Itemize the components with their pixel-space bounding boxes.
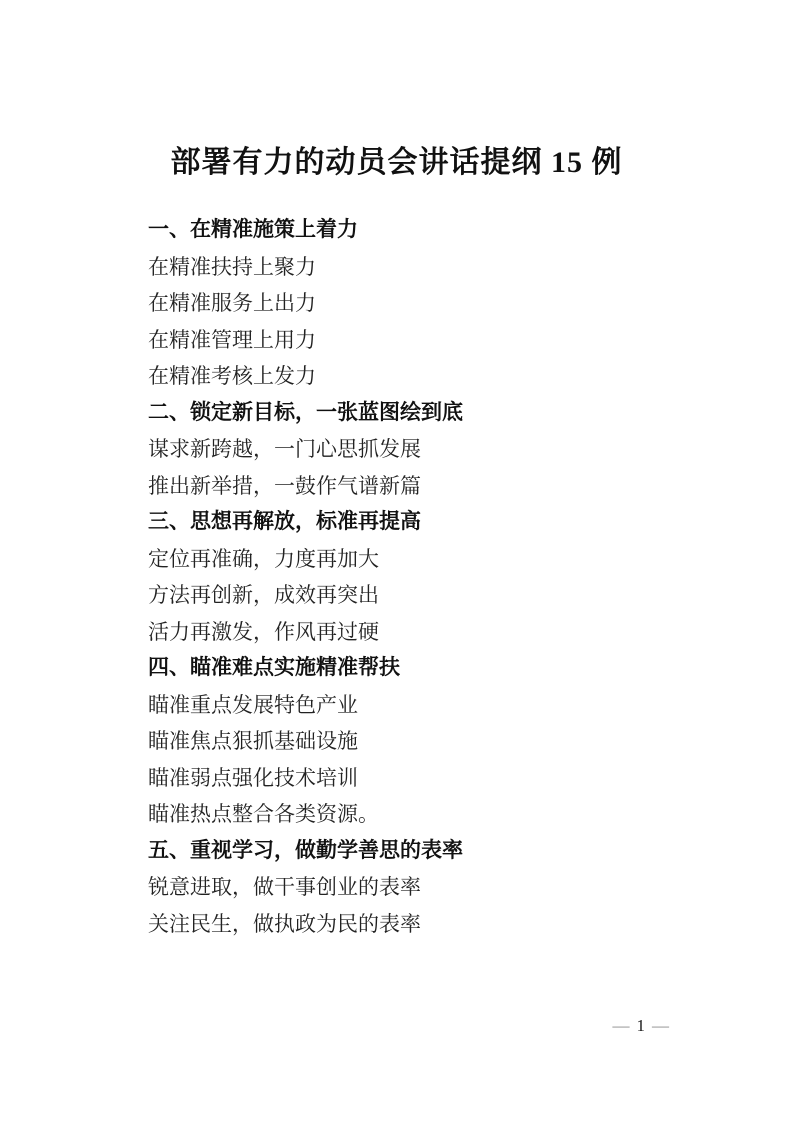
body-line: 定位再准确，力度再加大 <box>148 541 673 578</box>
body-line: 瞄准弱点强化技术培训 <box>148 760 673 797</box>
body-line: 在精准服务上出力 <box>148 285 673 322</box>
section-heading-1: 一、在精准施策上着力 <box>148 212 673 249</box>
document-content: 一、在精准施策上着力 在精准扶持上聚力 在精准服务上出力 在精准管理上用力 在精… <box>0 212 793 942</box>
section-heading-2: 二、锁定新目标，一张蓝图绘到底 <box>148 395 673 432</box>
body-line: 谋求新跨越，一门心思抓发展 <box>148 431 673 468</box>
document-page: 部署有力的动员会讲话提纲 15 例 一、在精准施策上着力 在精准扶持上聚力 在精… <box>0 0 793 1122</box>
footer-dash-right: — <box>646 1016 676 1035</box>
body-line: 在精准管理上用力 <box>148 322 673 359</box>
body-line: 瞄准重点发展特色产业 <box>148 687 673 724</box>
body-line: 方法再创新，成效再突出 <box>148 577 673 614</box>
body-line: 推出新举措，一鼓作气谱新篇 <box>148 468 673 505</box>
body-line: 锐意进取，做干事创业的表率 <box>148 869 673 906</box>
body-line: 在精准扶持上聚力 <box>148 249 673 286</box>
footer-dash-left: — <box>607 1016 637 1035</box>
body-line: 在精准考核上发力 <box>148 358 673 395</box>
section-heading-5: 五、重视学习，做勤学善思的表率 <box>148 833 673 870</box>
page-footer: —1— <box>607 1014 677 1038</box>
section-heading-3: 三、思想再解放，标准再提高 <box>148 504 673 541</box>
body-line: 关注民生，做执政为民的表率 <box>148 906 673 943</box>
document-title: 部署有力的动员会讲话提纲 15 例 <box>0 0 793 183</box>
body-line: 瞄准热点整合各类资源。 <box>148 796 673 833</box>
section-heading-4: 四、瞄准难点实施精准帮扶 <box>148 650 673 687</box>
body-line: 活力再激发，作风再过硬 <box>148 614 673 651</box>
page-number: 1 <box>637 1016 647 1035</box>
body-line: 瞄准焦点狠抓基础设施 <box>148 723 673 760</box>
